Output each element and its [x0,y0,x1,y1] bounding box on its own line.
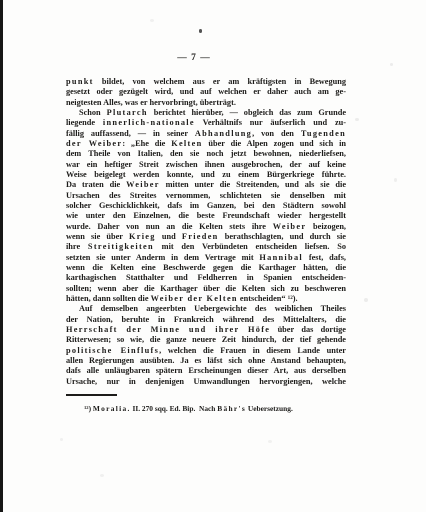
text-segment: Ritterwesen; so wie, die ganze neuere Ze… [66,335,346,344]
text-line: hätten, dann sollten die Weiber der Kelt… [66,294,346,304]
scan-speck [268,440,272,443]
scan-speck [60,438,63,441]
text-segment: wenn die Kelten eine Beschwerde gegen di… [66,263,346,272]
text-line: ihre Streitigkeiten mit den Verbündeten … [66,242,346,252]
page-number-header: — 7 — [54,53,334,63]
text-segment: II. 270 sqq. Ed. Bip. Nach [131,404,218,413]
text-segment: mit den Verbündeten entscheiden liefsen.… [154,242,346,251]
scanned-book-page: { "colors": { "paper": "#fdfdfc", "ink":… [0,0,426,512]
scan-speck [390,63,393,66]
text-line: setzten sie unter Anderm in dem Vertrage… [66,253,346,263]
text-segment: der Nation, beruhte in Frankreich währen… [66,315,346,324]
text-line: karthagischen Statthalter und Feldherren… [66,273,346,283]
text-segment: Ursache, nur in denjenigen Umwandlungen … [66,377,346,386]
emphasized-text: Krieg [129,232,156,241]
emphasized-text: Plutarch [107,108,148,117]
footnote-ref: 12 [84,405,89,410]
text-segment: gesetzt oder gezügelt wird, und auf welc… [66,87,346,96]
text-line: liegende innerlich-nationale Verhältnifs… [66,118,346,128]
text-segment: setzten sie unter Anderm in dem Vertrage… [66,253,259,262]
text-segment: solcher Geschicklichkeit, dafs im Ganzen… [66,201,346,210]
text-segment: ). [293,294,298,303]
text-segment: Auf demselben angeerbten Uebergewichte d… [79,304,346,313]
text-segment: wenn sie über [66,232,129,241]
scan-speck [199,29,202,33]
footnote-text: 12) Moralia. II. 270 sqq. Ed. Bip. Nach … [84,403,364,414]
text-line: wenn sie über Krieg und Frieden berathsc… [66,232,346,242]
emphasized-text: der Weiber [66,139,122,148]
text-segment: wie unter den Einzelnen, die beste Freun… [66,211,346,220]
emphasized-text: punkt [66,77,94,86]
text-segment: mitten unter die Streitenden, und als si… [160,180,346,189]
text-line: Weise beigelegt werden konnte, und zu ei… [66,170,346,180]
emphasized-text: Abhandlung [195,129,252,138]
emphasized-text: innerlich-nationale [103,118,195,127]
emphasized-text: Moralia. [93,404,131,413]
text-line: Auf demselben angeerbten Uebergewichte d… [66,304,346,314]
scan-speck [364,298,368,302]
emphasized-text: Herrschaft der Minne und ihrer Höfe [66,325,270,334]
text-segment: Weise beigelegt werden konnte, und zu ei… [66,170,346,179]
text-line: Da traten die Weiber mitten unter die St… [66,180,346,190]
text-line: wie unter den Einzelnen, die beste Freun… [66,211,346,221]
text-segment: sollten; wenn aber die Karthager über di… [66,284,346,293]
text-segment: entscheiden“ [238,294,288,303]
text-line: solcher Geschicklichkeit, dafs im Ganzen… [66,201,346,211]
scan-speck [100,474,104,477]
scan-speck [355,118,359,121]
emphasized-text: Bähr's [217,404,246,413]
emphasized-text: Hannibal [259,253,303,262]
emphasized-text: Weiber [273,222,307,231]
emphasized-text: Streitigkeiten [88,242,154,251]
text-segment: bildet, von welchem aus er am kräftigste… [94,77,346,86]
text-segment: Verhältnifs nur äufserlich und zu- [195,118,346,127]
scan-speck [150,19,154,22]
text-line: punkt bildet, von welchem aus er am kräf… [66,77,346,87]
text-line: fällig auffassend, — in seiner Abhandlun… [66,129,346,139]
text-line: dem Theile von Italien, den sie noch jet… [66,149,346,159]
text-line: neigtesten Alles, was er hervorbringt, ü… [66,98,346,108]
text-segment: fällig auffassend, — in seiner [66,129,195,138]
text-segment: karthagischen Statthalter und Feldherren… [66,273,346,282]
scan-speck [394,178,397,182]
text-segment: hätten, dann sollten die [66,294,151,303]
text-segment: berathschlagten, und durch sie [219,232,346,241]
scan-edge-strip [0,0,3,512]
emphasized-text: Weiber [126,180,160,189]
text-segment: Schon [79,108,107,117]
text-line: wurde. Daher von nun an die Kelten stets… [66,222,346,232]
emphasized-text: Weiber der Kelten [151,294,238,303]
text-segment: , von den [252,129,301,138]
text-segment: über das dortige [270,325,346,334]
emphasized-text: Tugenden [301,129,346,138]
text-line: Ritterwesen; so wie, die ganze neuere Ze… [66,335,346,345]
text-segment: Uebersetzung. [246,404,293,413]
text-line: wenn die Kelten eine Beschwerde gegen di… [66,263,346,273]
text-segment: dem Theile von Italien, den sie noch jet… [66,149,346,158]
text-segment: : „Ehe die [122,139,171,148]
text-segment: allen Regierungen ausübten. Ja es läfst … [66,356,346,365]
text-segment: beizogen, [306,222,346,231]
text-segment: ihre [66,242,88,251]
text-line: Herrschaft der Minne und ihrer Höfe über… [66,325,346,335]
footnote-ref: 12 [288,295,293,301]
text-line: war ein heftiger Streit zwischen ihnen a… [66,160,346,170]
text-line: sollten; wenn aber die Karthager über di… [66,284,346,294]
text-segment: Da traten die [66,180,126,189]
text-line: dafs alle unläugbaren spätern Erscheinun… [66,366,346,376]
text-segment: war ein heftiger Streit zwischen ihnen a… [66,160,346,169]
text-line: politische Einflufs, welchen die Frauen … [66,346,346,356]
text-line: Ursachen des Streites vernommen, schlich… [66,191,346,201]
footnote-separator-rule [66,394,117,396]
emphasized-text: Kelten [171,139,202,148]
text-segment: Ursachen des Streites vernommen, schlich… [66,191,346,200]
text-line: Schon Plutarch berichtet hierüber, — obg… [66,108,346,118]
text-segment: berichtet hierüber, — obgleich das zum G… [148,108,346,117]
emphasized-text: Frieden [182,232,219,241]
text-line: der Weiber: „Ehe die Kelten über die Alp… [66,139,346,149]
text-segment: fest, dafs, [303,253,346,262]
text-segment: wurde. Daher von nun an die Kelten stets… [66,222,273,231]
emphasized-text: politische Einflufs [66,346,159,355]
text-segment: dafs alle unläugbaren spätern Erscheinun… [66,366,346,375]
body-text: punkt bildet, von welchem aus er am kräf… [66,77,346,387]
text-line: gesetzt oder gezügelt wird, und auf welc… [66,87,346,97]
text-segment: liegende [66,118,103,127]
text-line: der Nation, beruhte in Frankreich währen… [66,315,346,325]
text-segment: neigtesten Alles, was er hervorbringt, ü… [66,98,236,107]
text-line: allen Regierungen ausübten. Ja es läfst … [66,356,346,366]
text-segment: und [156,232,182,241]
text-segment: über die Alpen zogen und sich in [203,139,347,148]
text-line: Ursache, nur in denjenigen Umwandlungen … [66,377,346,387]
text-segment: , welchen die Frauen in diesem Lande unt… [159,346,346,355]
